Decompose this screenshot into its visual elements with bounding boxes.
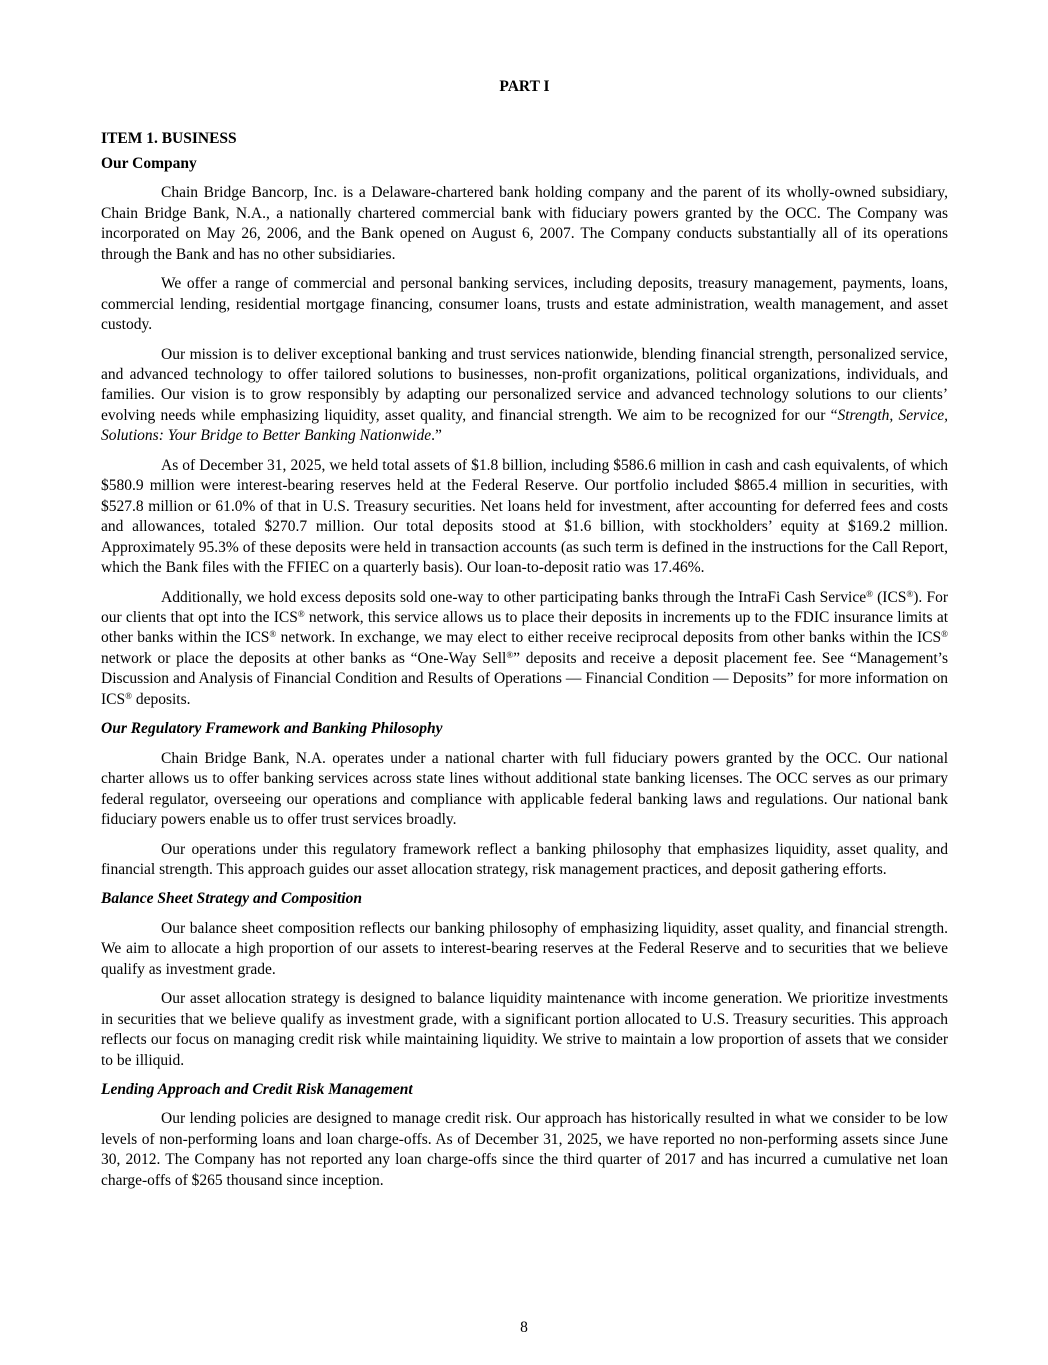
ics-text-2: (ICS bbox=[873, 589, 906, 606]
ics-text-8: deposits. bbox=[132, 691, 191, 708]
section-lending: Lending Approach and Credit Risk Managem… bbox=[101, 1080, 948, 1191]
registered-mark: ® bbox=[298, 609, 305, 619]
section-heading-regulatory: Our Regulatory Framework and Banking Phi… bbox=[101, 719, 948, 739]
mission-end: .” bbox=[431, 427, 442, 444]
section-our-company: Our Company Chain Bridge Bancorp, Inc. i… bbox=[101, 154, 948, 710]
paragraph-asset-allocation: Our asset allocation strategy is designe… bbox=[101, 989, 948, 1071]
document-body: Our Company Chain Bridge Bancorp, Inc. i… bbox=[101, 154, 948, 1200]
paragraph-financial-summary: As of December 31, 2025, we held total a… bbox=[101, 456, 948, 579]
section-regulatory-framework: Our Regulatory Framework and Banking Phi… bbox=[101, 719, 948, 880]
ics-text-1: Additionally, we hold excess deposits so… bbox=[161, 589, 866, 606]
paragraph-national-charter: Chain Bridge Bank, N.A. operates under a… bbox=[101, 749, 948, 831]
section-heading-lending: Lending Approach and Credit Risk Managem… bbox=[101, 1080, 948, 1100]
section-heading-our-company: Our Company bbox=[101, 154, 948, 174]
item-title: ITEM 1. BUSINESS bbox=[101, 129, 237, 149]
ics-text-6: network or place the deposits at other b… bbox=[101, 650, 506, 667]
paragraph-lending-policies: Our lending policies are designed to man… bbox=[101, 1109, 948, 1191]
paragraph-banking-philosophy: Our operations under this regulatory fra… bbox=[101, 840, 948, 881]
section-balance-sheet: Balance Sheet Strategy and Composition O… bbox=[101, 889, 948, 1071]
paragraph-services: We offer a range of commercial and perso… bbox=[101, 274, 948, 335]
paragraph-ics-deposits: Additionally, we hold excess deposits so… bbox=[101, 588, 948, 711]
paragraph-mission: Our mission is to deliver exceptional ba… bbox=[101, 345, 948, 447]
section-heading-balance-sheet: Balance Sheet Strategy and Composition bbox=[101, 889, 948, 909]
paragraph-balance-sheet-composition: Our balance sheet composition reflects o… bbox=[101, 919, 948, 980]
mission-text: Our mission is to deliver exceptional ba… bbox=[101, 346, 948, 424]
registered-mark: ® bbox=[866, 589, 873, 599]
page-number: 8 bbox=[0, 1318, 1048, 1338]
part-title: PART I bbox=[101, 77, 948, 97]
registered-mark: ® bbox=[941, 629, 948, 639]
registered-mark: ® bbox=[125, 691, 132, 701]
ics-text-5: network. In exchange, we may elect to ei… bbox=[276, 629, 941, 646]
paragraph-company-overview: Chain Bridge Bancorp, Inc. is a Delaware… bbox=[101, 183, 948, 265]
